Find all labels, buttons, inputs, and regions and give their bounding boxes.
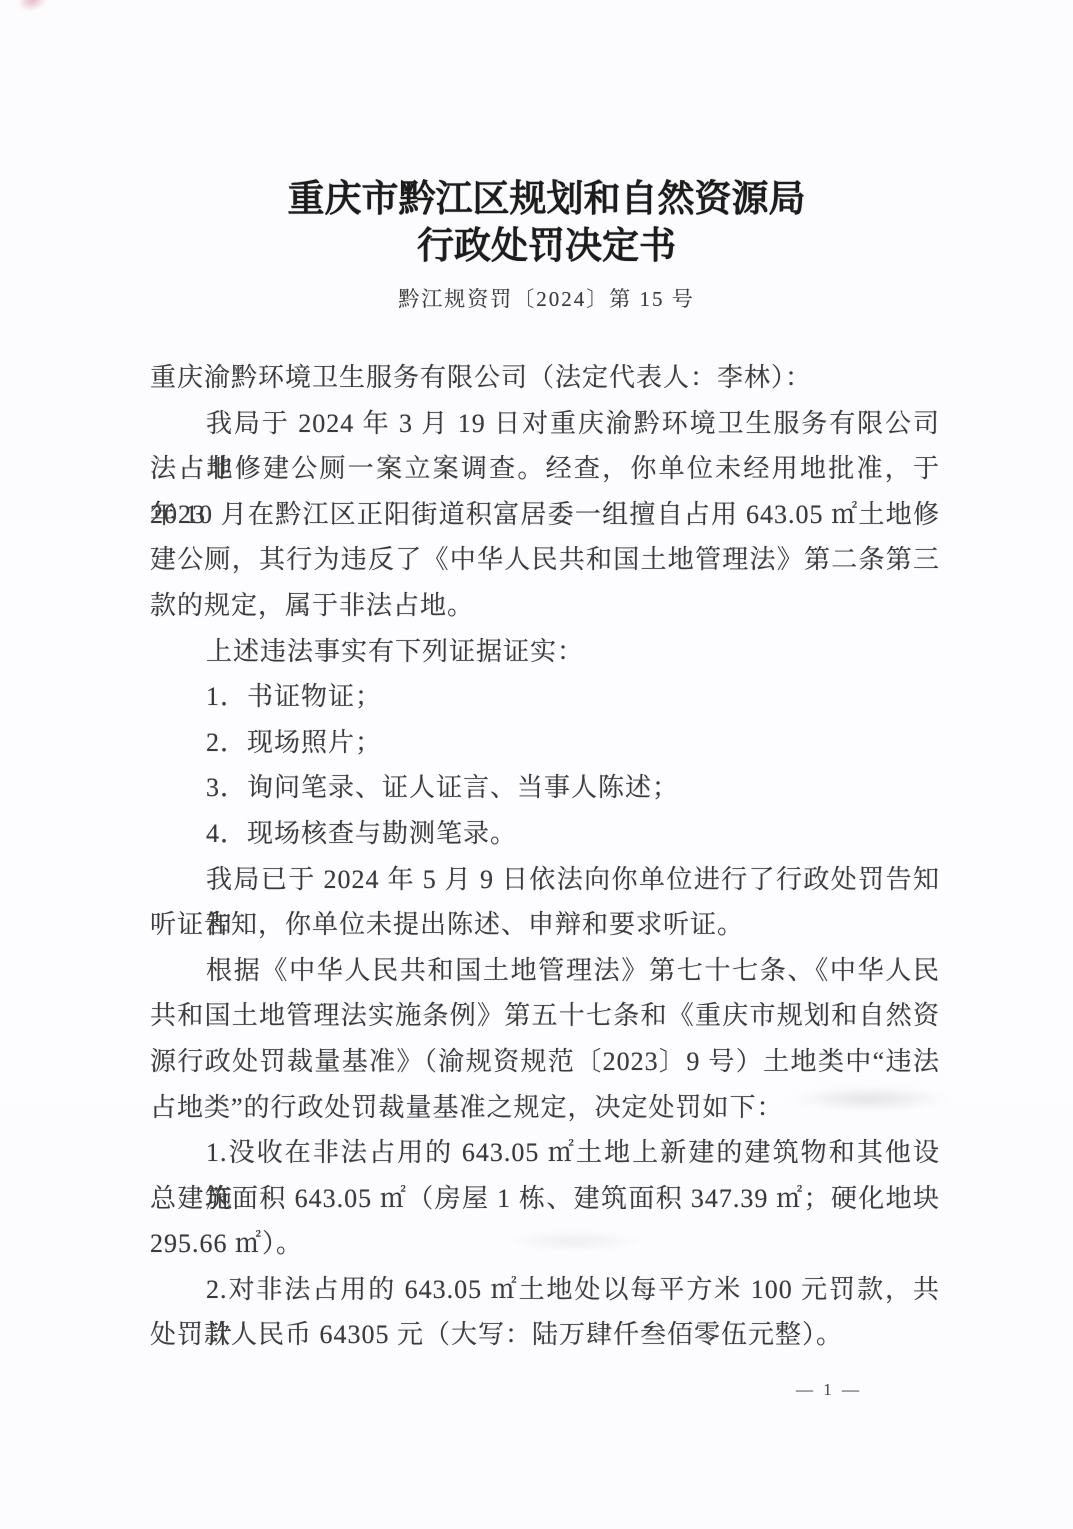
penalty-item: 1.没收在非法占用的 643.05 ㎡土地上新建的建筑物和其他设施 bbox=[150, 1130, 940, 1176]
body-line: 建公厕，其行为违反了《中华人民共和国土地管理法》第二条第三 bbox=[150, 537, 940, 583]
evidence-item: 1．书证物证； bbox=[150, 674, 940, 720]
scan-smudge bbox=[790, 1086, 950, 1112]
body-line: 年 10 月在黔江区正阳街道积富居委一组擅自占用 643.05 ㎡土地修 bbox=[150, 492, 940, 538]
document-title-type: 行政处罚决定书 bbox=[10, 228, 1073, 265]
body-line: 根据《中华人民共和国土地管理法》第七十七条、《中华人民 bbox=[150, 948, 940, 994]
penalty-item: 2.对非法占用的 643.05 ㎡土地处以每平方米 100 元罚款，共计 bbox=[150, 1267, 940, 1313]
body-line: 我局已于 2024 年 5 月 9 日依法向你单位进行了行政处罚告知和 bbox=[150, 857, 940, 903]
scan-smudge bbox=[505, 1230, 645, 1252]
body-line: 源行政处罚裁量基准》（渝规资规范〔2023〕9 号）土地类中“违法 bbox=[150, 1039, 940, 1085]
penalty-item: 处罚款人民币 64305 元（大写：陆万肆仟叁佰零伍元整）。 bbox=[150, 1312, 940, 1358]
body-line: 听证告知，你单位未提出陈述、申辩和要求听证。 bbox=[150, 902, 940, 948]
document-title-authority: 重庆市黔江区规划和自然资源局 bbox=[10, 181, 1073, 218]
red-pen-mark bbox=[16, 0, 50, 15]
evidence-item: 3．询问笔录、证人证言、当事人陈述； bbox=[150, 765, 940, 811]
penalty-item: 总建筑面积 643.05 ㎡（房屋 1 栋、建筑面积 347.39 ㎡；硬化地块 bbox=[150, 1176, 940, 1222]
body-line: 我局于 2024 年 3 月 19 日对重庆渝黔环境卫生服务有限公司非 bbox=[150, 401, 940, 447]
page-number: — 1 — bbox=[796, 1380, 862, 1400]
evidence-item: 2．现场照片； bbox=[150, 720, 940, 766]
body-line: 共和国土地管理法实施条例》第五十七条和《重庆市规划和自然资 bbox=[150, 993, 940, 1039]
body-line: 法占地修建公厕一案立案调查。经查，你单位未经用地批准，于 2023 bbox=[150, 446, 940, 492]
scanned-document-page: 重庆市黔江区规划和自然资源局 行政处罚决定书 黔江规资罚〔2024〕第 15 号… bbox=[0, 0, 1073, 1529]
document-body: 重庆渝黔环境卫生服务有限公司（法定代表人：李林）： 我局于 2024 年 3 月… bbox=[150, 355, 940, 1358]
body-line: 款的规定，属于非法占地。 bbox=[150, 583, 940, 629]
body-line: 重庆渝黔环境卫生服务有限公司（法定代表人：李林）： bbox=[150, 355, 940, 401]
document-number: 黔江规资罚〔2024〕第 15 号 bbox=[10, 288, 1073, 311]
evidence-item: 4．现场核查与勘测笔录。 bbox=[150, 811, 940, 857]
body-line: 上述违法事实有下列证据证实： bbox=[150, 629, 940, 675]
